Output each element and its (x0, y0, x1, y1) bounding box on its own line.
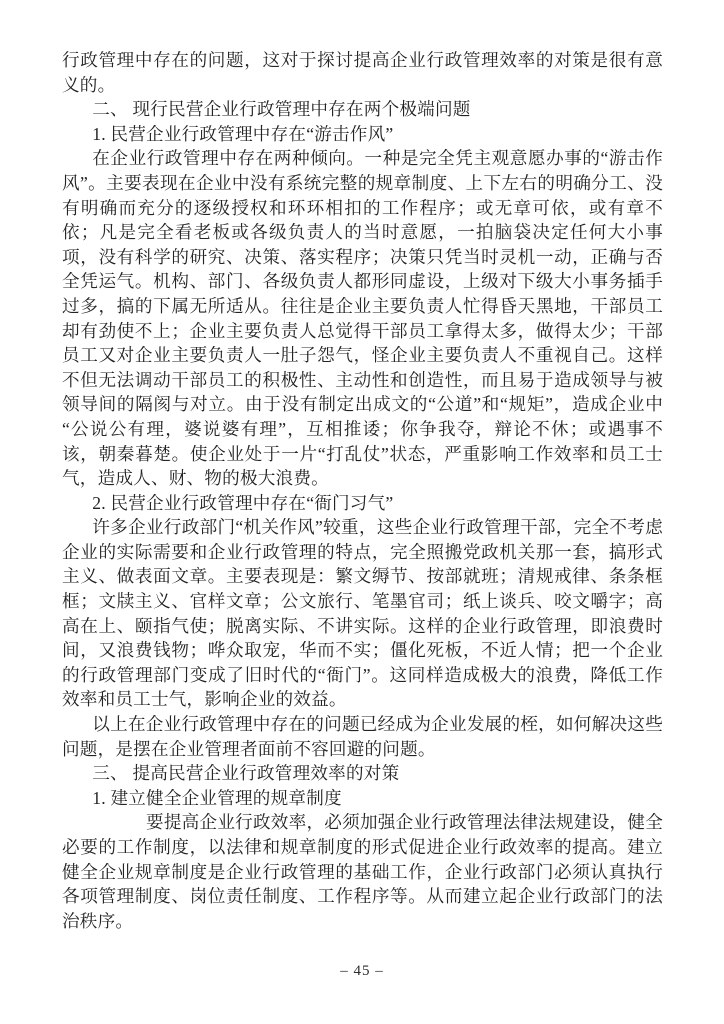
heading-section-two: 二、 现行民营企业行政管理中存在两个极端问题 (62, 97, 663, 122)
paragraph-yamen-habit: 许多企业行政部门“机关作风”较重，这些企业行政管理干部，完全不考虑企业的实际需要… (62, 515, 663, 712)
heading-section-three: 三、 提高民营企业行政管理效率的对策 (62, 761, 663, 786)
document-page: 行政管理中存在的问题，这对于探讨提高企业行政管理效率的对策是很有意义的。 二、 … (0, 0, 724, 1024)
document-body: 行政管理中存在的问题，这对于探讨提高企业行政管理效率的对策是很有意义的。 二、 … (62, 48, 663, 933)
paragraph-continuation: 行政管理中存在的问题，这对于探讨提高企业行政管理效率的对策是很有意义的。 (62, 48, 663, 97)
paragraph-guerrilla-style: 在企业行政管理中存在两种倾向。一种是完全凭主观意愿办事的“游击作风”。主要表现在… (62, 146, 663, 490)
subheading-yamen-habit: 2. 民营企业行政管理中存在“衙门习气” (62, 491, 663, 516)
paragraph-summary: 以上在企业行政管理中存在的问题已经成为企业发展的桎，如何解决这些问题，是摆在企业… (62, 712, 663, 761)
subheading-guerrilla-style: 1. 民营企业行政管理中存在“游击作风” (62, 122, 663, 147)
page-number: – 45 – (0, 963, 724, 980)
paragraph-rules-system: 要提高企业行政效率，必须加强企业行政管理法律法规建设，健全必要的工作制度，以法律… (62, 810, 663, 933)
subheading-rules-system: 1. 建立健全企业管理的规章制度 (62, 786, 663, 811)
